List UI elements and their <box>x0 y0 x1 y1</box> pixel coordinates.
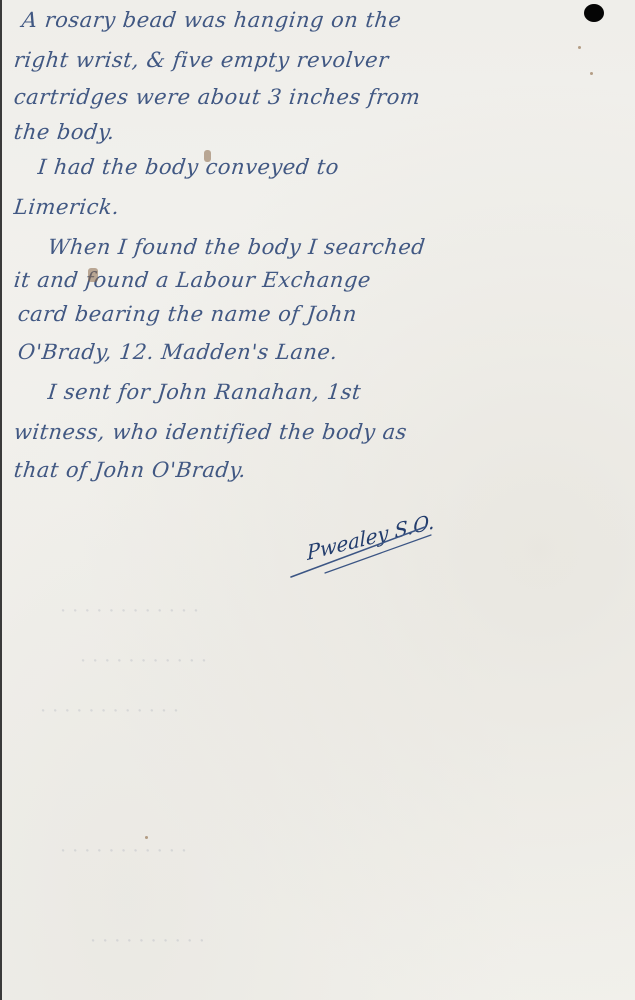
page-edge-shadow <box>0 0 2 1000</box>
bleed-through-line: · · · · · · · · · · · <box>79 650 208 672</box>
paper-speck <box>590 72 593 75</box>
text-line: card bearing the name of John <box>17 302 359 326</box>
paper-speck <box>145 836 148 839</box>
text-line: A rosary bead was hanging on the <box>21 8 403 32</box>
text-line: right wrist, & five empty revolver <box>13 48 390 72</box>
punch-hole <box>584 4 604 22</box>
text-line: that of John O'Brady. <box>13 458 248 482</box>
signature: Pwealey S.O. <box>285 505 475 585</box>
text-line: O'Brady, 12. Madden's Lane. <box>17 340 339 364</box>
bleed-through-line: · · · · · · · · · · <box>89 930 206 952</box>
text-line: it and found a Labour Exchange <box>13 268 372 292</box>
text-line: I had the body conveyed to <box>37 155 341 179</box>
bleed-through-line: · · · · · · · · · · · <box>59 840 188 862</box>
document-page: · · · · · · · · · · · · · · · · · · · · … <box>0 0 635 1000</box>
text-line: Limerick. <box>13 195 121 219</box>
paper-speck <box>578 46 581 49</box>
bleed-through-line: · · · · · · · · · · · · <box>59 600 200 622</box>
text-line: cartridges were about 3 inches from <box>13 85 422 109</box>
ink-stain <box>204 150 211 162</box>
bleed-through-line: · · · · · · · · · · · · <box>39 700 180 722</box>
text-line: I sent for John Ranahan, 1st <box>47 380 363 404</box>
text-line: When I found the body I searched <box>47 235 427 259</box>
ink-stain <box>88 268 98 282</box>
text-line: the body. <box>13 120 116 144</box>
signature-underline <box>285 505 475 585</box>
text-line: witness, who identified the body as <box>13 420 409 444</box>
